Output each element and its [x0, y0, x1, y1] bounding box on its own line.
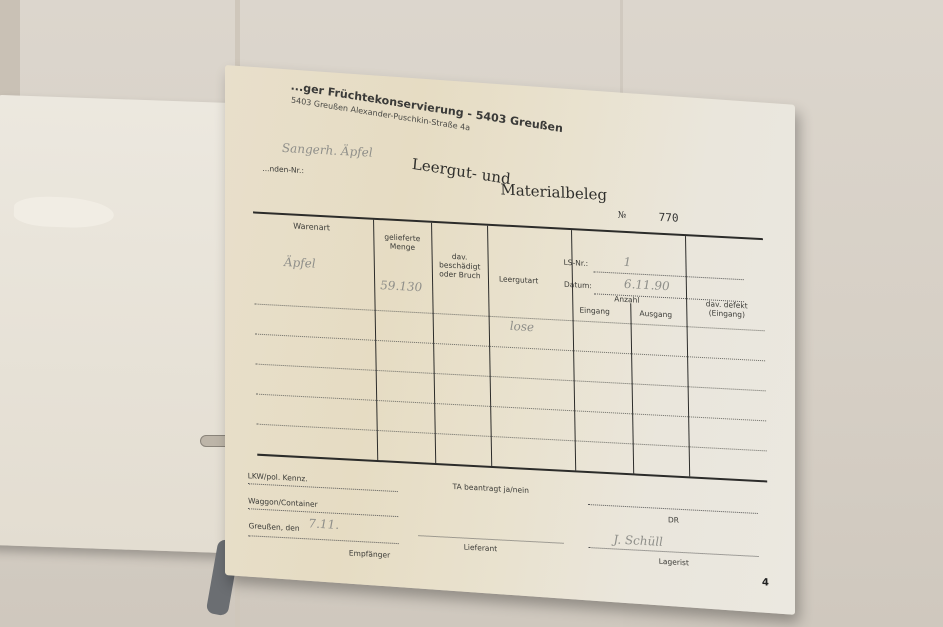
dr-label: DR: [668, 515, 679, 525]
receipt-form: ...ger Früchtekonservierung - 5403 Greuß…: [225, 65, 795, 615]
header-defekt: dav. defekt (Eingang): [694, 299, 759, 320]
empfaenger-label: Empfänger: [349, 549, 390, 560]
lieferant-label: Lieferant: [464, 543, 498, 554]
header-beschaedigt: dav. beschädigt oder Bruch: [436, 251, 484, 281]
cell-menge: 59.130: [380, 278, 422, 294]
greussen-den-value: 7.11.: [308, 516, 339, 532]
lagerist-signature: J. Schüll: [613, 532, 663, 549]
board-edge: [0, 0, 20, 110]
torn-paper-patch: [13, 196, 114, 229]
col-divider: [630, 303, 634, 473]
dr-line: [588, 504, 758, 514]
page-number: 4: [762, 577, 769, 588]
ta-label: TA beantragt ja/nein: [453, 482, 530, 495]
header-gelieferte-menge: gelieferte Menge: [378, 232, 426, 253]
lagerist-line: [589, 547, 759, 557]
table-row: [255, 334, 765, 362]
cell-warenart: Äpfel: [284, 255, 316, 271]
header-leergutart: Leergutart: [499, 274, 538, 285]
waggon-label: Waggon/Container: [248, 496, 318, 509]
form-title: Leergut- und: [411, 155, 511, 188]
table-row: [257, 424, 767, 452]
date-line: [249, 535, 399, 544]
lieferant-line: [419, 535, 564, 544]
lkw-label: LKW/pol. Kennz.: [248, 471, 308, 483]
number-label: №: [618, 211, 627, 221]
lkw-line: [248, 483, 398, 492]
cell-leergutart: lose: [510, 319, 535, 334]
header-eingang: Eingang: [579, 306, 610, 317]
header-anzahl: Anzahl: [614, 294, 639, 304]
goods-table: Warenart gelieferte Menge dav. beschädig…: [253, 211, 767, 482]
greussen-den-label: Greußen, den: [248, 521, 299, 533]
header-ausgang: Ausgang: [639, 309, 672, 320]
form-number: 770: [659, 211, 679, 225]
lagerist-label: Lagerist: [659, 557, 689, 568]
kunden-nr-label: ...nden-Nr.:: [262, 164, 304, 175]
header-warenart: Warenart: [293, 222, 330, 233]
title-part-1: Leergut- und: [411, 155, 511, 188]
table-row: [256, 364, 766, 392]
form-title-2: Materialbeleg: [500, 180, 607, 204]
handwritten-name: Sangerh. Äpfel: [282, 141, 373, 160]
table-row: [256, 394, 766, 422]
waggon-line: [248, 508, 398, 517]
